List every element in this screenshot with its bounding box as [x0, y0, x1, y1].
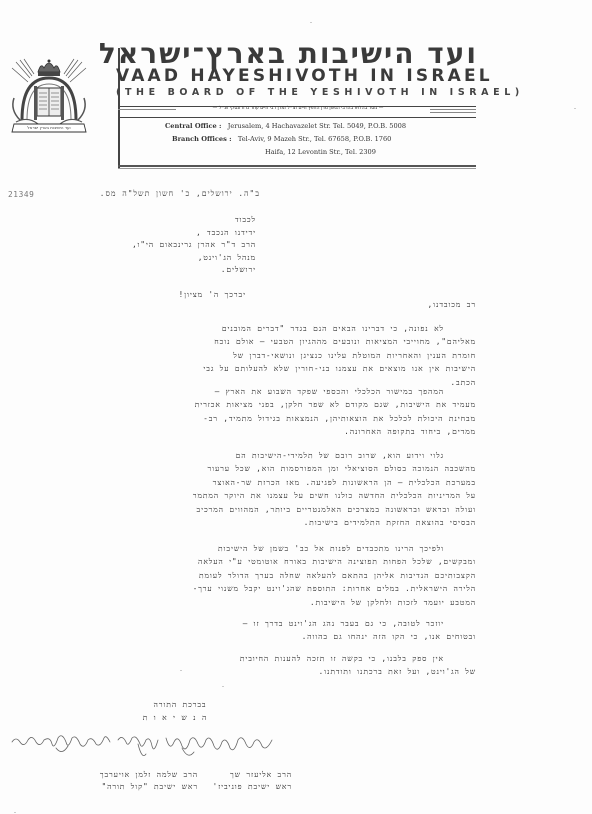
dedication-rule-right-short2	[430, 112, 476, 113]
paper-speck	[574, 108, 576, 109]
paper-speck	[222, 686, 224, 687]
paragraph-line: הלירה הישראלית. במלים אחרות: התוספת שהג'…	[193, 582, 476, 595]
dedication-rule-left-short	[118, 109, 176, 110]
paragraph-line: ובטוחים אנו, כי הקו הזה ינהחו גם בהווה.	[243, 630, 476, 643]
branch-office-haifa: Haifa, 12 Levontin Str., Tel. 2309	[265, 148, 376, 156]
signer-2: הרב שלמה זלמן אויערבך ראש ישיבת "קול תור…	[100, 769, 198, 793]
paragraph-line: של הג'וינט, ועל זאת ברכתנו ותודתנו.	[240, 665, 476, 678]
paragraph-line: גלוי וידוע הוא, שרוב רובם של תלמידי-הישי…	[193, 449, 444, 462]
paragraph-line: מאליהם", מחוייבי המציאות ונובעים מההגיון…	[203, 335, 476, 348]
blessing-line: יברכך ה' מציון!	[179, 290, 246, 299]
address-line: הרב ד"ר אהרן גרינבאום הי"ו,	[132, 239, 256, 252]
signer-name: הרב אליעזר שך	[213, 769, 292, 781]
paper-speck	[14, 812, 16, 813]
letterhead-bottom-rule	[118, 165, 476, 167]
paragraph-line: ולפיכך הרינו מתכבדים לפנות אל כב' בשמן ש…	[193, 542, 444, 555]
english-organization-title: VAAD HAYESHIVOTH IN ISRAEL	[116, 66, 478, 86]
paragraph-line: מעמיד את הישיבות, שגם מקודם לא שפר חלקן,…	[195, 398, 476, 411]
paragraph-line: המהפך במישור הכלכלי והכספי שפקד השבוע את…	[195, 385, 444, 398]
body-paragraph-3: גלוי וידוע הוא, שרוב רובם של תלמידי-הישי…	[193, 449, 476, 529]
paragraph-line: מהשכבה הנמוכה בסולם הסוציאלי ומן המפורסמ…	[193, 462, 476, 475]
paragraph-line: במערכת הכלכלית – הן הראשונות לפגיעה. מאז…	[193, 476, 476, 489]
body-paragraph-5: יוזכר לטובה, כי גם בעבר נהג הג'וינט בדרך…	[243, 617, 476, 644]
founders-dedication: — נוסד בהלוא בהרבי הגאון מרן החפץ חיים ז…	[178, 105, 418, 112]
dedication-rule-right-short	[430, 109, 476, 110]
signature-scribble-icon	[6, 730, 296, 766]
branch-office-tel-aviv: Tel-Aviv, 9 Mazeh Str., Tel. 67658, P.O.…	[238, 135, 392, 143]
central-office-address: Jerusalem, 4 Hachavazelet Str. Tel. 5049…	[228, 122, 406, 130]
closing-title: ה נ ש י א ו ת	[120, 713, 230, 722]
body-paragraph-4: ולפיכך הרינו מתכבדים לפנות אל כב' בשמן ש…	[193, 542, 476, 609]
greeting-line: רב מכובדנו,	[428, 300, 476, 309]
paragraph-line: הקצבותיכם הנדיבות אליהן בהתאם להעלאה שחל…	[193, 569, 476, 582]
paragraph-line: לא נפונה, כי דברינו הבאים הנם בגדר "דברי…	[203, 322, 444, 335]
paragraph-line: חומרת הענין והאחריות המוטלת עלינו כנציגן…	[203, 349, 476, 362]
paper-speck	[180, 670, 182, 671]
body-paragraph-6: אין ספק בלבנו, כי בקשה זו תזכה להענות הח…	[240, 652, 476, 679]
signer-title: ראש ישיבת "קול תורה"	[100, 781, 198, 793]
address-line: ירושלים.	[132, 264, 256, 277]
haifa-office-line: Haifa, 12 Levontin Str., Tel. 2309	[265, 148, 376, 157]
paragraph-line: אין ספק בלבנו, כי בקשה זו תזכה להענות הח…	[240, 652, 444, 665]
emblem-logo: ועד הישיבות בארץ ישראל	[8, 58, 90, 136]
paragraph-line: ממדים, ביחוד בתקופה האחרונה.	[195, 425, 476, 438]
paragraph-line: יוזכר לטובה, כי גם בעבר נהג הג'וינט בדרך…	[243, 617, 444, 630]
address-line: ידידנו הנכבד ,	[132, 227, 256, 240]
paper-speck	[310, 22, 312, 23]
paragraph-line: המטבע יועמד לזכות ולחלקן של הישיבות.	[193, 596, 476, 609]
handwritten-signatures	[6, 730, 296, 766]
paragraph-line: ומבקשים, שלכל הפחות תפוצינה הישיבות באור…	[193, 555, 476, 568]
paragraph-line: הבסיסי בהוצאת החזקת התלמידים בישיבות.	[193, 516, 476, 529]
english-organization-subtitle: (THE BOARD OF THE YESHIVOTH IN ISRAEL)	[116, 87, 478, 99]
recipient-address: לכבוד ידידנו הנכבד , הרב ד"ר אהרן גרינבא…	[132, 214, 256, 277]
date-line: ב"ה. ירושלים, כ' חשון תשל"ה מס.	[100, 189, 260, 198]
paragraph-line: הישיבות אין אנו מוצאים את עצמנו בני-חורי…	[203, 362, 476, 375]
reference-number: 21349	[8, 190, 34, 199]
paragraph-line: ועולה ובראש ובראשונה במצרכים האלמנטריים …	[193, 503, 476, 516]
closing-blessing: בברכת התורה	[130, 700, 230, 709]
signer-title: ראש ישיבת פוניביז'	[213, 781, 292, 793]
central-office-label: Central Office :	[165, 122, 221, 130]
body-paragraph-1: לא נפונה, כי דברינו הבאים הנם בגדר "דברי…	[203, 322, 476, 389]
paragraph-line: על המדיניות הכלכלית החדשה כולנו חשים על …	[193, 489, 476, 502]
address-line: לכבוד	[132, 214, 256, 227]
branch-office-line: Branch Offices : Tel-Aviv, 9 Mazeh Str.,…	[172, 135, 391, 144]
signer-1: הרב אליעזר שך ראש ישיבת פוניביז'	[213, 769, 292, 793]
address-line: מנהל הג'וינט,	[132, 252, 256, 265]
letter-page: ועד הישיבות בארץ ישראל ועד הישיבות בארץ־…	[0, 0, 592, 814]
paragraph-line: מבחינת היכולת לכלכל את הוצאותיהן, הנמצאו…	[195, 412, 476, 425]
dedication-rule-bottom	[118, 117, 476, 118]
emblem-caption: ועד הישיבות בארץ ישראל	[14, 125, 84, 131]
signer-name: הרב שלמה זלמן אויערבך	[100, 769, 198, 781]
branch-office-label: Branch Offices :	[172, 135, 232, 143]
body-paragraph-2: המהפך במישור הכלכלי והכספי שפקד השבוע את…	[195, 385, 476, 439]
central-office-line: Central Office : Jerusalem, 4 Hachavazel…	[165, 122, 406, 131]
letterhead-bottom-rule-thin	[118, 168, 476, 169]
